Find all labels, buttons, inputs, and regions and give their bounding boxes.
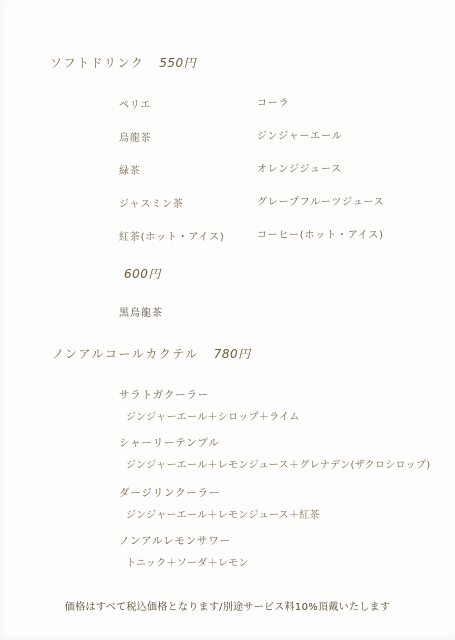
menu-item-coffee: コーヒー(ホット・アイス) (257, 226, 385, 259)
soft-drinks-right-column: コーラ ジンジャーエール オレンジジュース グレープフルーツジュース コーヒー(… (257, 94, 385, 259)
mocktail-darjeeling-cooler: ダージリンクーラー ジンジャーエール＋レモンジュース＋紅茶 (119, 485, 320, 521)
menu-item-cola: コーラ (257, 94, 385, 127)
menu-item-black-tea: 紅茶(ホット・アイス) (119, 228, 225, 261)
soft-drinks-title: ソフトドリンク (50, 56, 144, 70)
menu-item-oolong-tea: 烏龍茶 (119, 129, 225, 162)
mocktail-recipe: ジンジャーエール＋シロップ＋ライム (126, 408, 300, 423)
soft-drinks-price: 550円 (159, 56, 196, 70)
mocktail-name: ノンアルレモンサワー (119, 533, 249, 548)
menu-item-black-oolong-tea: 黒烏龍茶 (119, 304, 163, 319)
mocktail-name: ダージリンクーラー (119, 485, 320, 500)
mocktails-title: ノンアルコールカクテル (52, 347, 199, 361)
mocktail-nonal-lemon-sour: ノンアルレモンサワー トニック＋ソーダ＋レモン (119, 533, 249, 569)
mocktail-recipe: トニック＋ソーダ＋レモン (126, 554, 249, 569)
price-notice: 価格はすべて税込価格となります/別途サービス料10%頂戴いたします (0, 598, 455, 613)
mocktail-name: シャーリーテンプル (119, 435, 430, 450)
menu-item-ginger-ale: ジンジャーエール (257, 127, 385, 160)
menu-item-orange-juice: オレンジジュース (257, 160, 385, 193)
menu-item-perrier: ペリエ (119, 96, 225, 129)
mocktail-shirley-temple: シャーリーテンプル ジンジャーエール＋レモンジュース＋グレナデン(ザクロシロップ… (119, 435, 430, 471)
mocktail-recipe: ジンジャーエール＋レモンジュース＋グレナデン(ザクロシロップ) (126, 456, 430, 471)
mocktails-header: ノンアルコールカクテル780円 (52, 345, 251, 362)
soft-drinks-left-column: ペリエ 烏龍茶 緑茶 ジャスミン茶 紅茶(ホット・アイス) (119, 96, 225, 261)
mocktail-recipe: ジンジャーエール＋レモンジュース＋紅茶 (126, 506, 320, 521)
soft-drinks-sub-price: 600円 (124, 265, 161, 282)
menu-item-green-tea: 緑茶 (119, 162, 225, 195)
menu-item-grapefruit-juice: グレープフルーツジュース (257, 193, 385, 226)
mocktail-saratoga-cooler: サラトガクーラー ジンジャーエール＋シロップ＋ライム (119, 387, 300, 423)
soft-drinks-header: ソフトドリンク550円 (50, 54, 196, 71)
menu-item-jasmine-tea: ジャスミン茶 (119, 195, 225, 228)
menu-page: ソフトドリンク550円 ペリエ 烏龍茶 緑茶 ジャスミン茶 紅茶(ホット・アイス… (0, 0, 455, 640)
mocktails-price: 780円 (214, 347, 251, 361)
mocktail-name: サラトガクーラー (119, 387, 300, 402)
